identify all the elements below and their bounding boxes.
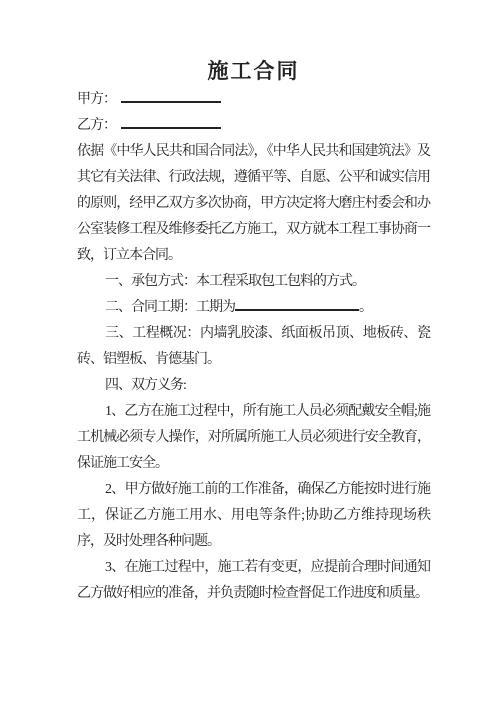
obligation-item-2: 2、甲方做好施工前的工作准备，确保乙方能按时进行施工，保证乙方施工用水、用电等条… xyxy=(77,477,430,555)
obligation-item-1: 1、乙方在施工过程中，所有施工人员必须配戴安全帽;施工机械必须专人操作，对所属所… xyxy=(77,399,430,477)
party-a-line: 甲方： xyxy=(77,87,430,113)
clause-obligations-heading: 四、双方义务: xyxy=(77,373,430,399)
clause-project-period-suffix: 。 xyxy=(359,300,372,315)
clause-project-overview: 三、工程概况：内墙乳胶漆、纸面板吊顶、地板砖、瓷砖、铝塑板、肯德基门。 xyxy=(77,321,430,373)
intro-paragraph: 依据《中华人民共和国合同法》，《中华人民共和国建筑法》及其它有关法律、行政法规，… xyxy=(77,139,430,269)
clause-project-period-prefix: 二、合同工期：工期为 xyxy=(105,300,235,315)
obligation-item-3: 3、在施工过程中，施工若有变更，应提前合理时间通知乙方做好相应的准备，并负责随时… xyxy=(77,555,430,607)
party-b-line: 乙方： xyxy=(77,113,430,139)
party-a-blank-line xyxy=(121,88,221,103)
document-title: 施工合同 xyxy=(77,58,430,85)
clause-project-period: 二、合同工期：工期为。 xyxy=(77,295,430,321)
project-period-blank-line xyxy=(235,296,359,311)
contract-document-page: 施工合同 甲方： 乙方： 依据《中华人民共和国合同法》，《中华人民共和国建筑法》… xyxy=(0,0,500,707)
document-body: 甲方： 乙方： 依据《中华人民共和国合同法》，《中华人民共和国建筑法》及其它有关… xyxy=(77,87,430,607)
party-b-label: 乙方： xyxy=(77,118,116,133)
clause-contract-method: 一、承包方式：本工程采取包工包料的方式。 xyxy=(77,269,430,295)
party-a-label: 甲方： xyxy=(77,92,116,107)
party-b-blank-line xyxy=(121,114,221,129)
